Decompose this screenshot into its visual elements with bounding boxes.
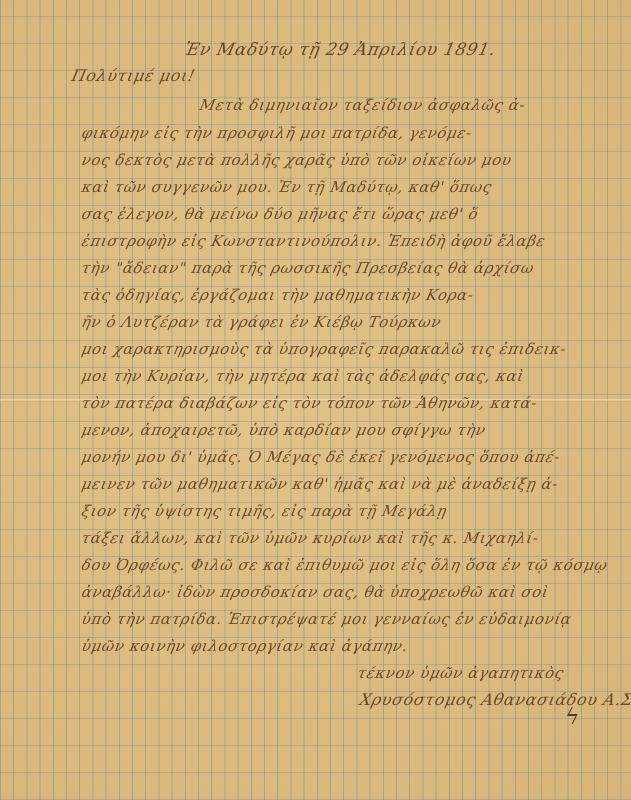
body-line: σας ἐλεγον, θὰ μείνω δύο μῆνας ἔτι ὥρας …	[80, 205, 480, 223]
body-line: μοι τὴν Κυρίαν, τὴν μητέρα καὶ τὰς ἀδελφ…	[80, 367, 526, 385]
body-line: μεινεν τῶν μαθηματικῶν καθ' ἡμᾶς καὶ νὰ …	[80, 475, 560, 493]
body-line: ὑμῶν κοινὴν φιλοστοργίαν καὶ ἀγάπην.	[80, 637, 410, 655]
body-line: τὰς ὁδηγίας, ἐργάζομαι τὴν μαθηματικὴν Κ…	[80, 286, 476, 304]
letter-page: Ἐν Μαδύτῳ τῇ 29 Ἀπριλίου 1891. Πολύτιμέ …	[0, 0, 631, 800]
body-line: ξιον τῆς ὑψίστης τιμῆς, εἰς παρὰ τῇ Μεγά…	[80, 502, 449, 520]
letter-salutation: Πολύτιμέ μοι!	[70, 66, 197, 85]
body-line: τὴν "ἄδειαν" παρὰ τῆς ρωσσικῆς Πρεσβείας…	[80, 259, 536, 277]
body-line: τάξει ἄλλων, καὶ τῶν ὑμῶν κυρίων καὶ τῆς…	[80, 529, 541, 547]
body-line: ἀναβάλλω· ἰδὼν προσδοκίαν σας, θὰ ὑποχρε…	[80, 583, 550, 601]
body-line: μονήν μου δι' ὑμᾶς. Ὁ Μέγας δὲ ἐκεῖ γενό…	[80, 448, 562, 466]
body-line: ὑπὸ τὴν πατρίδα. Ἐπιστρέψατέ μοι γενναίω…	[80, 610, 574, 628]
letter-dateline: Ἐν Μαδύτῳ τῇ 29 Ἀπριλίου 1891.	[183, 40, 498, 60]
signature-flourish-icon: ϟ	[565, 705, 580, 730]
body-line: καὶ τῶν συγγενῶν μου. Ἐν τῇ Μαδύτῳ, καθ'…	[80, 178, 494, 196]
body-line: ῆν ὁ Λυτζέραν τὰ γράφει ἐν Κιέβῳ Τούρκων	[80, 313, 443, 331]
body-line: Μετὰ διμηνιαῖον ταξείδιον ἀσφαλῶς ἀ-	[198, 96, 527, 114]
body-line: φικόμην εἰς τὴν προσφιλῆ μοι πατρίδα, γε…	[80, 124, 474, 142]
letter-signature: Χρυσόστομος Αθανασιάδου Α.Σ.	[358, 690, 631, 709]
letter-signoff: τέκνον ὑμῶν ἀγαπητικὸς	[356, 664, 566, 682]
body-line: μενον, ἀποχαιρετῶ, ὑπὸ καρδίαν μου σφίγγ…	[80, 421, 488, 439]
body-line: τὸν πατέρα διαβάζων εἰς τὸν τόπον τῶν Ἀθ…	[80, 394, 539, 412]
body-line: ἐπιστροφὴν εἰς Κωνσταντινούπολιν. Ἐπειδὴ…	[80, 232, 547, 250]
body-line: δου Ὀρφέως. Φιλῶ σε καὶ ἐπιθυμῶ μοι εἰς …	[80, 556, 609, 574]
body-line: νος δεκτὸς μετὰ πολλῆς χαρᾶς ὑπὸ τῶν οἰκ…	[80, 151, 514, 169]
body-line: μοι χαρακτηρισμοὺς τὰ ὑπογραφεῖς παρακαλ…	[80, 340, 568, 358]
